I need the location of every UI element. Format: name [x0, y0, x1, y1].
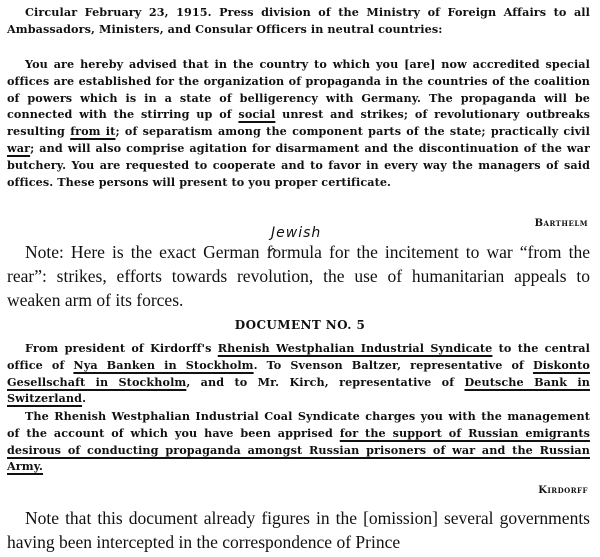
document-heading: DOCUMENT NO. 5 [0, 318, 600, 332]
note-2: Note that this document already figures … [7, 506, 590, 554]
circular-body-text: ; of separatism among the component part… [115, 124, 590, 138]
underlined-text: Rhenish Westphalian Industrial Syndicate [218, 341, 493, 355]
paragraph-text: , and to Mr. Kirch, representative of [186, 375, 464, 389]
circular-header-text: Circular February 23, 1915. Press divisi… [7, 5, 590, 36]
signature-kirdorff: Kirdorff [538, 485, 588, 496]
circular-body: You are hereby advised that in the count… [7, 56, 590, 190]
note-2-text: Note that this document already figures … [7, 508, 590, 552]
note-1-text: Note: Here is the exact German [25, 242, 259, 262]
document-5-paragraph-2: The Rhenish Westphalian Industrial Coal … [7, 408, 590, 475]
document-5-paragraph-1: From president of Kirdorff's Rhenish Wes… [7, 340, 590, 407]
circular-body-text: ; and will also comprise agitation for d… [7, 141, 590, 189]
paragraph-text: From president of Kirdorff's [25, 341, 218, 355]
paragraph-text: . To Svenson Baltzer, representative of [254, 358, 533, 372]
circular-header: Circular February 23, 1915. Press divisi… [7, 4, 590, 38]
signature-barthelm: Barthelm [535, 218, 588, 229]
underlined-text: social [238, 107, 275, 121]
note-1: Note: Here is the exact German formula f… [7, 240, 590, 312]
underlined-text: war [7, 141, 30, 155]
handwritten-insertion: Jewish [271, 225, 321, 241]
paragraph-text: . [82, 391, 86, 405]
underlined-text: Nya Banken in Stockholm [73, 358, 253, 372]
document-page: Circular February 23, 1915. Press divisi… [0, 0, 600, 557]
underlined-text: from it [70, 124, 115, 138]
